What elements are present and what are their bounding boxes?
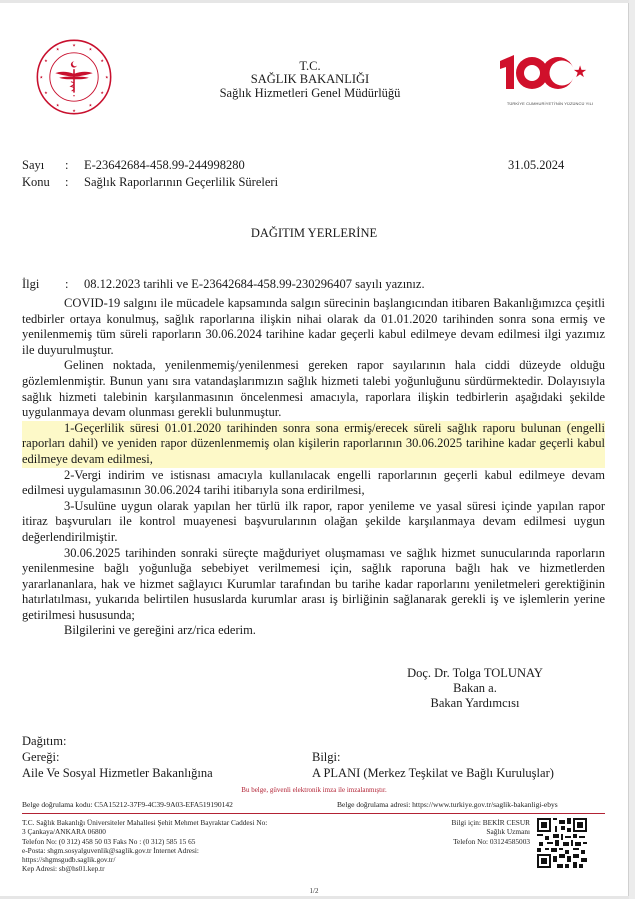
document-date: 31.05.2024 xyxy=(508,158,564,173)
document-page: ★ ★ ★ ★ ★ ★ ★ ★ ★ ★ ★ ★ T.C. SAĞLI xyxy=(0,3,629,896)
contact-info-block: Bilgi için: BEKİR CESUR Sağlık Uzmanı Te… xyxy=(400,818,530,846)
svg-text:★: ★ xyxy=(44,91,48,95)
sayi-label: Sayı xyxy=(22,158,44,173)
ilgi-label: İlgi xyxy=(22,277,39,292)
svg-text:★: ★ xyxy=(105,76,109,80)
website-link[interactable]: https://shgmsgudb.saglik.gov.tr/ xyxy=(22,855,267,864)
svg-text:★: ★ xyxy=(56,104,60,108)
konu-row: Konu : Sağlık Raporlarının Geçerlilik Sü… xyxy=(22,175,322,191)
page-number: 1/2 xyxy=(0,887,628,895)
svg-text:★: ★ xyxy=(100,59,104,63)
konu-colon: : xyxy=(65,175,68,190)
ilgi-row: İlgi : 08.12.2023 tarihli ve E-23642684-… xyxy=(22,277,522,293)
sayi-colon: : xyxy=(65,158,68,173)
header-directorate: Sağlık Hizmetleri Genel Müdürlüğü xyxy=(150,86,470,100)
svg-text:★: ★ xyxy=(39,76,43,80)
bilgi-value: A PLANI (Merkez Teşkilat ve Bağlı Kurulu… xyxy=(312,765,554,781)
konu-value: Sağlık Raporlarının Geçerlilik Süreleri xyxy=(84,175,278,190)
geregi-value: Aile Ve Sosyal Hizmetler Bakanlığına xyxy=(22,765,213,781)
letter-body: COVID-19 salgını ile mücadele kapsamında… xyxy=(22,296,605,639)
republic-100-caption: TÜRKİYE CUMHURİYETİ'NİN YÜZÜNCÜ YILI xyxy=(505,101,595,106)
svg-text:★: ★ xyxy=(56,47,60,51)
address-line: 3 Çankaya/ANKARA 06800 xyxy=(22,827,267,836)
address-line: T.C. Sağlık Bakanlığı Üniversiteler Maha… xyxy=(22,818,267,827)
distribution-label: Dağıtım: xyxy=(22,734,66,750)
ilgi-value: 08.12.2023 tarihli ve E-23642684-458.99-… xyxy=(84,277,425,292)
closing-line: Bilgilerini ve gereğini arz/rica ederim. xyxy=(22,623,605,639)
svg-text:★: ★ xyxy=(100,91,104,95)
contact-title: Sağlık Uzmanı xyxy=(400,827,530,836)
item-1-highlighted: 1-Geçerlilik süresi 01.01.2020 tarihinde… xyxy=(22,421,605,468)
paragraph-after-2025: 30.06.2025 tarihinden sonraki süreçte ma… xyxy=(22,546,605,624)
republic-100-year-logo-icon: ★ xyxy=(496,47,596,107)
svg-text:★: ★ xyxy=(44,59,48,63)
scrollbar[interactable] xyxy=(629,0,635,899)
header-tc: T.C. xyxy=(150,59,470,73)
sayi-row: Sayı : E-23642684-458.99-244998280 xyxy=(22,158,322,174)
item-2: 2-Vergi indirim ve istisnası amacıyla ku… xyxy=(22,468,605,499)
svg-text:★: ★ xyxy=(89,104,93,108)
ilgi-colon: : xyxy=(65,277,68,292)
esignature-notice: Bu belge, güvenli elektronik imza ile im… xyxy=(0,786,628,794)
sayi-value: E-23642684-458.99-244998280 xyxy=(84,158,245,173)
item-3: 3-Usulüne uygun olarak yapılan her türlü… xyxy=(22,499,605,546)
konu-label: Konu xyxy=(22,175,50,190)
footer-address-block: T.C. Sağlık Bakanlığı Üniversiteler Maha… xyxy=(22,818,267,874)
verification-address-link[interactable]: Belge doğrulama adresi: https://www.turk… xyxy=(337,800,558,809)
verification-code: Belge doğrulama kodu: C5A15212-37F9-4C39… xyxy=(22,800,233,809)
geregi-label: Gereği: xyxy=(22,749,213,765)
bilgi-label: Bilgi: xyxy=(312,749,554,765)
paragraph-current-status: Gelinen noktada, yenilenmemiş/yenilenmes… xyxy=(22,358,605,420)
footer-divider xyxy=(22,813,605,814)
bilgi-column: Bilgi: A PLANI (Merkez Teşkilat ve Bağlı… xyxy=(312,749,554,781)
svg-text:★: ★ xyxy=(72,109,76,113)
phone-fax-line: Telefon No: (0 312) 458 50 03 Faks No : … xyxy=(22,837,267,846)
paragraph-covid: COVID-19 salgını ile mücadele kapsamında… xyxy=(22,296,605,358)
contact-person: Bilgi için: BEKİR CESUR xyxy=(400,818,530,827)
email-line: e-Posta: shgm.sosyalguvenlik@saglik.gov.… xyxy=(22,846,267,855)
svg-text:★: ★ xyxy=(89,47,93,51)
svg-text:★: ★ xyxy=(72,44,76,48)
svg-text:★: ★ xyxy=(573,64,587,81)
kep-address: Kep Adresi: sb@hs01.kep.tr xyxy=(22,864,267,873)
distribution-title: DAĞITIM YERLERİNE xyxy=(0,226,628,241)
header-ministry: SAĞLIK BAKANLIĞI xyxy=(150,72,470,86)
signatory-name: Doç. Dr. Tolga TOLUNAY xyxy=(375,666,575,681)
contact-phone: Telefon No: 03124585003 xyxy=(400,837,530,846)
signature-block: Doç. Dr. Tolga TOLUNAY Bakan a. Bakan Ya… xyxy=(375,666,575,711)
geregi-column: Gereği: Aile Ve Sosyal Hizmetler Bakanlı… xyxy=(22,749,213,781)
signatory-on-behalf: Bakan a. xyxy=(375,681,575,696)
ministry-seal-icon: ★ ★ ★ ★ ★ ★ ★ ★ ★ ★ ★ ★ xyxy=(35,38,113,116)
qr-code-icon xyxy=(537,818,587,868)
signatory-title: Bakan Yardımcısı xyxy=(375,696,575,711)
